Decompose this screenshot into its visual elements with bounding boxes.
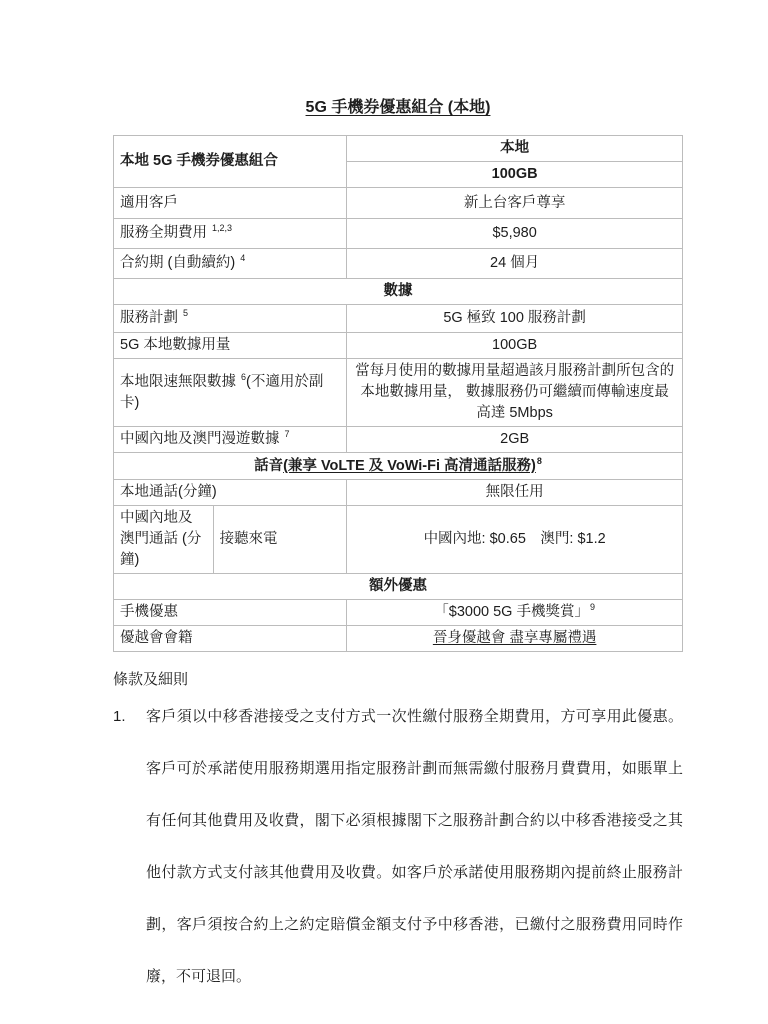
phone-offer-label: 手機優惠 xyxy=(114,600,347,626)
terms-heading: 條款及細則 xyxy=(113,668,683,689)
section-row-voice: 話音(兼享 VoLTE 及 VoWi-Fi 高清通話服務)8 xyxy=(114,453,683,480)
data-section-header: 數據 xyxy=(114,279,683,305)
membership-label: 優越會會籍 xyxy=(114,626,347,652)
document-content: 5G 手機券優惠組合 (本地) 本地 5G 手機券優惠組合 本地 100GB 適… xyxy=(113,94,683,1003)
voice-section-header: 話音(兼享 VoLTE 及 VoWi-Fi 高清通話服務)8 xyxy=(114,453,683,480)
total-fee-value: $5,980 xyxy=(347,219,683,249)
table-row: 適用客戶 新上台客戶尊享 xyxy=(114,188,683,219)
footnote-marker: 9 xyxy=(590,602,595,612)
service-plan-value: 5G 極致 100 服務計劃 xyxy=(347,305,683,333)
throttled-data-label-text: 本地限速無限數據 xyxy=(120,374,236,390)
throttled-data-label: 本地限速無限數據 6(不適用於副卡) xyxy=(114,359,347,427)
table-row: 本地限速無限數據 6(不適用於副卡) 當每月使用的數據用量超過該月服務計劃所包含… xyxy=(114,359,683,427)
region-cell: 本地 xyxy=(347,136,683,162)
customer-label: 適用客戶 xyxy=(114,188,347,219)
roaming-data-label-text: 中國內地及澳門漫遊數據 xyxy=(120,431,280,447)
footnote-marker: 1,2,3 xyxy=(212,223,232,233)
footnote-marker: 5 xyxy=(183,308,188,318)
document-page: 5G 手機券優惠組合 (本地) 本地 5G 手機券優惠組合 本地 100GB 適… xyxy=(0,0,768,1024)
contract-label-text: 合約期 (自動續約) xyxy=(120,255,235,271)
mainland-calls-value: 中國內地: $0.65 澳門: $1.2 xyxy=(347,506,683,574)
terms-item-number: 1. xyxy=(113,691,146,1003)
table-row: 5G 本地數據用量 100GB xyxy=(114,333,683,359)
terms-item: 1. 客戶須以中移香港接受之支付方式一次性繳付服務全期費用，方可享用此優惠。客戶… xyxy=(113,691,683,1003)
membership-link[interactable]: 晉身優越會 盡享專屬禮遇 xyxy=(433,630,597,646)
service-plan-label: 服務計劃 5 xyxy=(114,305,347,333)
mainland-calls-label: 中國內地及澳門通話 (分鐘) xyxy=(114,506,214,574)
local-calls-label: 本地通話(分鐘) xyxy=(114,480,347,506)
roaming-data-value: 2GB xyxy=(347,427,683,453)
local-calls-value: 無限任用 xyxy=(347,480,683,506)
phone-offer-value-text: 「$3000 5G 手機獎賞」 xyxy=(434,604,589,620)
table-row: 本地 5G 手機券優惠組合 本地 xyxy=(114,136,683,162)
roaming-data-label: 中國內地及澳門漫遊數據 7 xyxy=(114,427,347,453)
data-amount-cell: 100GB xyxy=(347,162,683,188)
footnote-marker: 4 xyxy=(240,253,245,263)
table-row: 手機優惠 「$3000 5G 手機獎賞」9 xyxy=(114,600,683,626)
footnote-marker: 8 xyxy=(537,456,542,466)
table-row: 合約期 (自動續約) 4 24 個月 xyxy=(114,249,683,279)
table-row: 服務計劃 5 5G 極致 100 服務計劃 xyxy=(114,305,683,333)
page-title: 5G 手機券優惠組合 (本地) xyxy=(113,94,683,117)
membership-value: 晉身優越會 盡享專屬禮遇 xyxy=(347,626,683,652)
section-row-extra: 額外優惠 xyxy=(114,574,683,600)
extra-section-header: 額外優惠 xyxy=(114,574,683,600)
table-row: 中國內地及澳門漫遊數據 7 2GB xyxy=(114,427,683,453)
customer-value: 新上台客戶尊享 xyxy=(347,188,683,219)
terms-item-text: 客戶須以中移香港接受之支付方式一次性繳付服務全期費用，方可享用此優惠。客戶可於承… xyxy=(146,691,683,1003)
section-row-data: 數據 xyxy=(114,279,683,305)
voice-section-prefix: 話音 xyxy=(254,458,283,474)
contract-value: 24 個月 xyxy=(347,249,683,279)
footnote-marker: 7 xyxy=(285,429,290,439)
plan-table: 本地 5G 手機券優惠組合 本地 100GB 適用客戶 新上台客戶尊享 服務全期… xyxy=(113,135,683,652)
table-row: 中國內地及澳門通話 (分鐘) 接聽來電 中國內地: $0.65 澳門: $1.2 xyxy=(114,506,683,574)
plan-name-cell: 本地 5G 手機券優惠組合 xyxy=(114,136,347,188)
table-row: 本地通話(分鐘) 無限任用 xyxy=(114,480,683,506)
contract-label: 合約期 (自動續約) 4 xyxy=(114,249,347,279)
table-row: 優越會會籍 晉身優越會 盡享專屬禮遇 xyxy=(114,626,683,652)
service-plan-label-text: 服務計劃 xyxy=(120,310,178,326)
phone-offer-value: 「$3000 5G 手機獎賞」9 xyxy=(347,600,683,626)
local-data-value: 100GB xyxy=(347,333,683,359)
table-row: 服務全期費用 1,2,3 $5,980 xyxy=(114,219,683,249)
total-fee-label-text: 服務全期費用 xyxy=(120,225,207,241)
voice-section-underlined: (兼享 VoLTE 及 VoWi-Fi 高清通話服務) xyxy=(283,458,536,474)
local-data-label: 5G 本地數據用量 xyxy=(114,333,347,359)
throttled-data-value: 當每月使用的數據用量超過該月服務計劃所包含的本地數據用量， 數據服務仍可繼續而傳… xyxy=(347,359,683,427)
mainland-calls-sublabel: 接聽來電 xyxy=(213,506,347,574)
total-fee-label: 服務全期費用 1,2,3 xyxy=(114,219,347,249)
